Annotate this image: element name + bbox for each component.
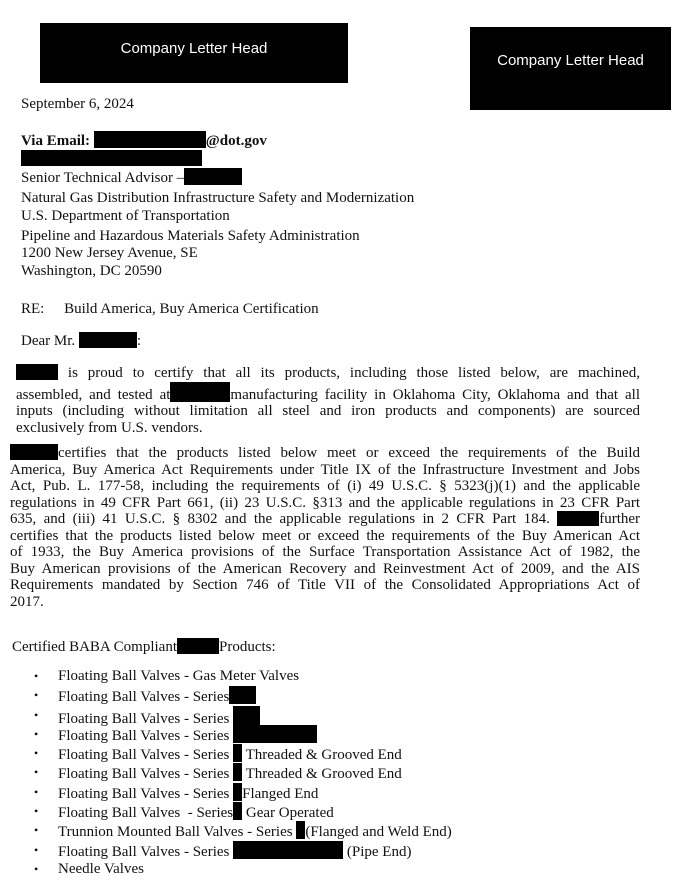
bullet-icon: • (34, 783, 38, 802)
products-heading-suffix: Products: (219, 639, 276, 655)
salutation-suffix: : (137, 333, 141, 349)
redacted-company-name (557, 511, 599, 526)
redacted-series-id (296, 821, 305, 839)
bullet-icon: • (34, 841, 38, 860)
product-name: Floating Ball Valves - Series (58, 689, 229, 705)
bullet-icon: • (34, 706, 38, 725)
list-item: •Floating Ball Valves - Series Threaded … (30, 763, 452, 782)
para1-line: inputs (including without limitation all… (16, 403, 640, 420)
address-line: Pipeline and Hazardous Materials Safety … (21, 227, 360, 245)
email-domain: @dot.gov (206, 133, 267, 149)
product-name: Trunnion Mounted Ball Valves - Series (58, 824, 293, 840)
certification-paragraph-1: is proud to certify that all its product… (16, 364, 640, 436)
para1-line: is proud to certify that all its product… (16, 364, 640, 382)
product-name: Floating Ball Valves - Series (58, 786, 229, 802)
products-heading: Certified BABA CompliantProducts: (12, 638, 276, 656)
list-item: •Floating Ball Valves - Series Threaded … (30, 744, 452, 763)
product-variant: (Flanged and Weld End) (305, 824, 451, 840)
product-variant: (Pipe End) (347, 844, 412, 860)
para2-line: America, Buy America Act Requirements un… (10, 462, 640, 479)
product-list: •Floating Ball Valves - Gas Meter Valves… (30, 667, 452, 879)
address-line: U.S. Department of Transportation (21, 207, 230, 225)
list-item: •Needle Valves (30, 860, 452, 879)
redacted-series-id (233, 744, 242, 762)
salutation: Dear Mr. : (21, 332, 141, 350)
product-name: Floating Ball Valves - Series (58, 728, 229, 744)
list-item: •Floating Ball Valves - Gas Meter Valves (30, 667, 452, 686)
para2-line: 635, and (iii) 41 U.S.C. § 8302 and the … (10, 511, 640, 528)
re-line: RE: Build America, Buy America Certifica… (21, 300, 319, 318)
letterhead-label: Company Letter Head (497, 52, 644, 69)
product-variant: Gear Operated (246, 805, 334, 821)
list-item: •Floating Ball Valves - Series (30, 706, 452, 725)
bullet-icon: • (34, 686, 38, 705)
para2-line: Buy American provisions of the American … (10, 561, 640, 578)
list-item: •Floating Ball Valves - Series Gear Oper… (30, 802, 452, 821)
address-line: Natural Gas Distribution Infrastructure … (21, 189, 414, 207)
product-name: Floating Ball Valves - Gas Meter Valves (58, 668, 299, 684)
para2-line: certifies that the products listed below… (10, 528, 640, 545)
para1-text: is proud to certify that all its product… (68, 365, 640, 381)
product-variant: Threaded & Grooved End (246, 766, 402, 782)
product-name: Floating Ball Valves - Series (58, 805, 233, 821)
redacted-company-name (10, 444, 58, 460)
recipient-title: Senior Technical Advisor – (21, 170, 184, 186)
via-email-label: Via Email: (21, 133, 90, 149)
redacted-series-id (233, 783, 242, 801)
list-item: •Floating Ball Valves - Series (Pipe End… (30, 841, 452, 860)
list-item: •Floating Ball Valves - Series Flanged E… (30, 783, 452, 802)
para2-line: 2017. (10, 594, 640, 611)
letter-date: September 6, 2024 (21, 95, 134, 113)
redacted-series-id (233, 725, 317, 743)
address-line: 1200 New Jersey Avenue, SE (21, 244, 198, 262)
product-variant: Threaded & Grooved End (246, 747, 402, 763)
redacted-company-name (16, 364, 58, 380)
redacted-recipient-surname (79, 332, 137, 348)
list-item: •Trunnion Mounted Ball Valves - Series (… (30, 821, 452, 840)
redacted-series-id (233, 763, 242, 781)
product-name: Floating Ball Valves - Series (58, 766, 229, 782)
re-label: RE: (21, 301, 44, 317)
para1-text: assembled, and tested at (16, 387, 170, 403)
bullet-icon: • (34, 667, 38, 686)
para1-line: exclusively from U.S. vendors. (16, 420, 640, 437)
letterhead-label: Company Letter Head (121, 40, 268, 57)
redacted-series-id (229, 686, 256, 704)
address-line: Washington, DC 20590 (21, 262, 162, 280)
bullet-icon: • (34, 802, 38, 821)
para1-line: assembled, and tested atmanufacturing fa… (16, 382, 640, 404)
redacted-recipient-name (21, 150, 202, 166)
company-letterhead-left: Company Letter Head (40, 23, 348, 83)
para2-line: Act, Pub. L. 177-58, including the requi… (10, 478, 640, 495)
products-heading-prefix: Certified BABA Compliant (12, 639, 177, 655)
redacted-facility-name (170, 382, 230, 402)
redacted-series-id (233, 841, 343, 859)
para2-text: certifies that the products listed below… (58, 445, 640, 461)
via-email-line: Via Email: @dot.gov (21, 131, 267, 150)
para2-text: further (599, 511, 640, 527)
product-name: Floating Ball Valves - Series (58, 747, 229, 763)
company-letterhead-right: Company Letter Head (470, 27, 671, 110)
bullet-icon: • (34, 821, 38, 840)
product-variant: Flanged End (242, 786, 318, 802)
list-item: •Floating Ball Valves - Series (30, 725, 452, 744)
recipient-title-line: Senior Technical Advisor – (21, 168, 242, 187)
bullet-icon: • (34, 763, 38, 782)
bullet-icon: • (34, 744, 38, 763)
redacted-title-detail (184, 168, 242, 185)
para2-text: 635, and (iii) 41 U.S.C. § 8302 and the … (10, 511, 550, 527)
re-subject: Build America, Buy America Certification (64, 301, 319, 317)
bullet-icon: • (34, 725, 38, 744)
salutation-prefix: Dear Mr. (21, 333, 75, 349)
para2-line: of 1933, the Buy America provisions of t… (10, 544, 640, 561)
para2-line: Requirements mandated by Section 746 of … (10, 577, 640, 594)
product-name: Needle Valves (58, 861, 144, 877)
product-name: Floating Ball Valves - Series (58, 844, 229, 860)
redacted-series-id (233, 802, 242, 820)
list-item: •Floating Ball Valves - Series (30, 686, 452, 705)
para2-line: certifies that the products listed below… (10, 444, 640, 462)
certification-paragraph-2: certifies that the products listed below… (10, 444, 640, 610)
redacted-email-user (94, 131, 206, 148)
redacted-company-name (177, 638, 219, 654)
redacted-series-id (233, 706, 260, 726)
para1-text: manufacturing facility in Oklahoma City,… (230, 387, 640, 403)
para2-line: regulations in 49 CFR Part 661, (ii) 23 … (10, 495, 640, 512)
bullet-icon: • (34, 860, 38, 879)
